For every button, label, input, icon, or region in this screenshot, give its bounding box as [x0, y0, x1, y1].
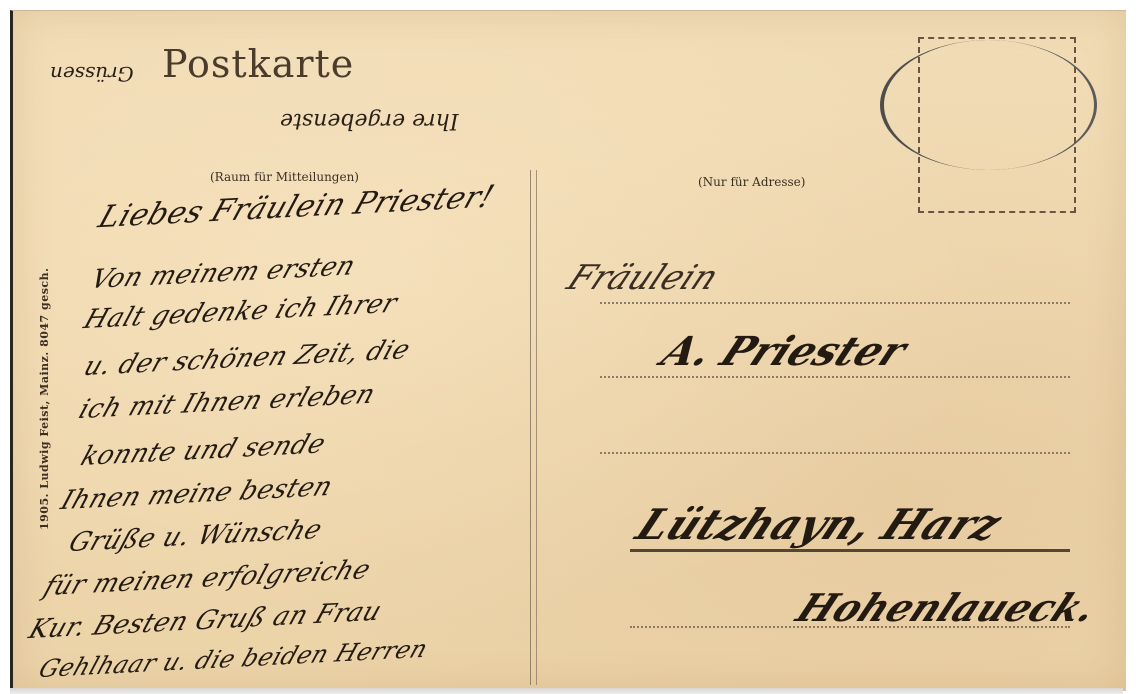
publisher-imprint: 1905. Ludwig Feist, Mainz. 8047 gesch.	[38, 268, 51, 530]
address-town: Lützhayn, Harz	[629, 500, 1010, 549]
address-line-2	[600, 376, 1070, 378]
address-place: Hohenlaueck.	[790, 585, 1105, 630]
upside-down-note-1: Ihre ergebenste	[280, 108, 458, 133]
address-line-4	[630, 549, 1070, 552]
scan-edge	[10, 688, 1123, 694]
center-divider	[530, 170, 537, 685]
upside-down-note-2: Grüssen	[50, 62, 134, 86]
stamp-box	[918, 37, 1076, 213]
message-area-label: (Raum für Mitteilungen)	[210, 170, 359, 184]
address-area-label: (Nur für Adresse)	[698, 175, 805, 189]
address-line-3	[600, 452, 1070, 454]
postcard-title: Postkarte	[162, 42, 354, 86]
address-name: A. Priester	[654, 328, 914, 375]
address-line-1	[600, 302, 1070, 304]
address-salutation: Fräulein	[561, 258, 725, 298]
